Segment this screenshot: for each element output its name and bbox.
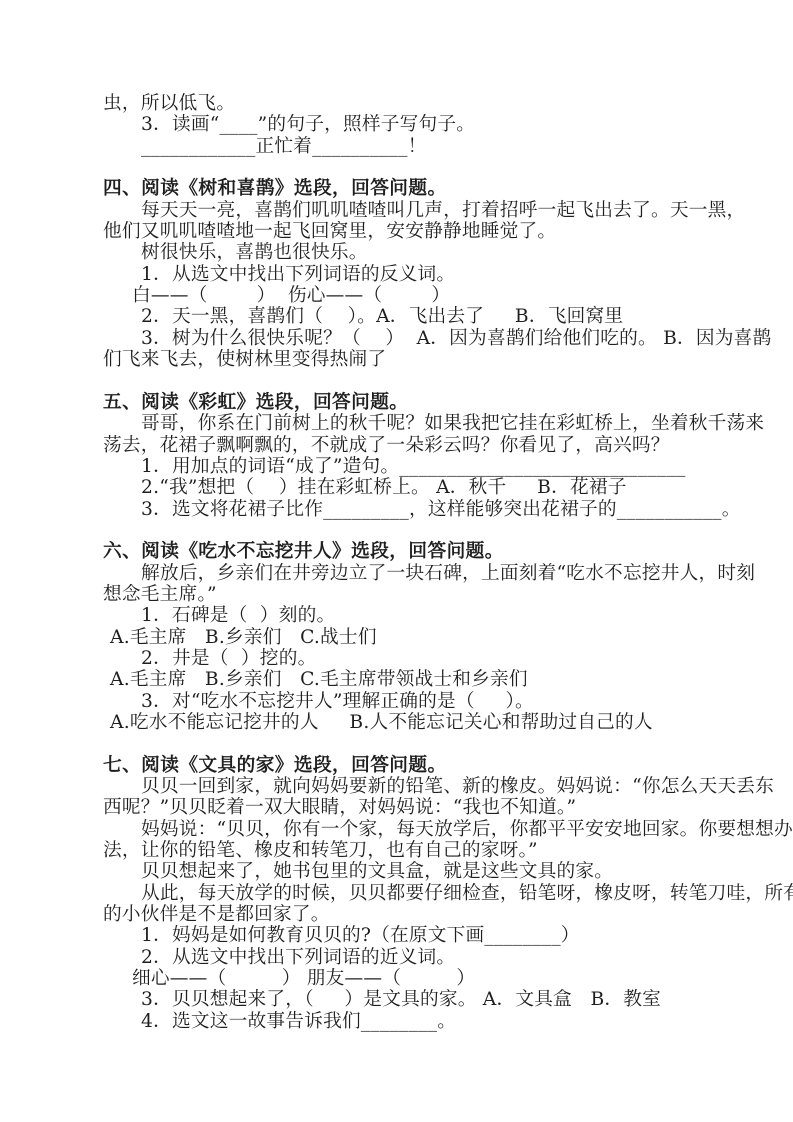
section-heading-four: 四、阅读《树和喜鹊》选段，回答问题。 bbox=[103, 178, 695, 199]
question-line: 4．选文这一故事告诉我们________。 bbox=[103, 1011, 695, 1032]
section-heading-six: 六、阅读《吃水不忘挖井人》选段，回答问题。 bbox=[103, 541, 695, 562]
question-line: 3．对“吃水不忘挖井人”理解正确的是（ ）。 bbox=[103, 691, 695, 712]
section-seven: 七、阅读《文具的家》选段，回答问题。 贝贝一回到家，就向妈妈要新的铅笔、新的橡皮… bbox=[103, 755, 695, 1032]
passage-text: 荡去，花裙子飘啊飘的，不就 bbox=[103, 435, 349, 456]
question-line: 1．从选文中找出下列词语的反义词。 bbox=[103, 264, 695, 285]
section-intro: 虫，所以低飞。 3．读画“____”的句子，照样子写句子。 __________… bbox=[103, 93, 695, 157]
choice-line: A.毛主席 B.乡亲们 C.毛主席带领战士和乡亲们 bbox=[103, 669, 695, 690]
document-page: 虫，所以低飞。 3．读画“____”的句子，照样子写句子。 __________… bbox=[0, 0, 793, 1122]
passage-line: 法，让你的铅笔、橡皮和转笔刀，也有自己的家呀。” bbox=[103, 840, 695, 861]
passage-text: 一朵彩云吗？你看见了，高兴吗？ bbox=[386, 435, 669, 456]
question-line: 1．用加点的词语“成了”造句。_________________________… bbox=[103, 456, 695, 477]
question-line: 3．读画“____”的句子，照样子写句子。 bbox=[103, 114, 695, 135]
passage-line: 的小伙伴是不是都回家了。 bbox=[103, 904, 695, 925]
passage-line: 哥哥，你系在门前树上的秋千呢？如果我把它挂在彩虹桥上，坐着秋千荡来 bbox=[103, 413, 695, 434]
passage-line: 树很快乐，喜鹊也很快乐。 bbox=[103, 242, 695, 263]
question-line: 1．石碑是（ ）刻的。 bbox=[103, 605, 695, 626]
fill-blank-line: 细心——（ ） 朋友——（ ） bbox=[103, 968, 695, 989]
question-line: 1．妈妈是如何教育贝贝的?（在原文下画________） bbox=[103, 925, 695, 946]
passage-line: 每天天一亮，喜鹊们叽叽喳喳叫几声，打着招呼一起飞出去了。天一黑， bbox=[103, 200, 695, 221]
question-line: 3．选文将花裙子比作_________，这样能够突出花裙子的__________… bbox=[103, 499, 695, 520]
passage-line: 贝贝想起来了，她书包里的文具盒，就是这些文具的家。 bbox=[103, 861, 695, 882]
section-heading-five: 五、阅读《彩虹》选段，回答问题。 bbox=[103, 392, 695, 413]
section-six: 六、阅读《吃水不忘挖井人》选段，回答问题。 解放后，乡亲们在井旁边立了一块石碑，… bbox=[103, 541, 695, 733]
choice-line: A.毛主席 B.乡亲们 C.战士们 bbox=[103, 627, 695, 648]
passage-line: 贝贝一回到家，就向妈妈要新的铅笔、新的橡皮。妈妈说：“你怎么天天丢东 bbox=[103, 776, 695, 797]
section-heading-seven: 七、阅读《文具的家》选段，回答问题。 bbox=[103, 755, 695, 776]
question-line: 2．天一黑，喜鹊们（ ）。A．飞出去了 B．飞回窝里 bbox=[103, 306, 695, 327]
fill-blank-line: ____________正忙着__________！ bbox=[103, 136, 695, 157]
passage-line: 妈妈说：“贝贝，你有一个家，每天放学后，你都平平安安地回家。你要想想办 bbox=[103, 819, 695, 840]
question-line: 3．贝贝想起来了，（ ）是文具的家。 A．文具盒 B．教室 bbox=[103, 989, 695, 1010]
fill-blank-line: 白——（ ） 伤心——（ ） bbox=[103, 285, 695, 306]
section-four: 四、阅读《树和喜鹊》选段，回答问题。 每天天一亮，喜鹊们叽叽喳喳叫几声，打着招呼… bbox=[103, 178, 695, 370]
question-line: 们飞来飞去，使树林里变得热闹了 bbox=[103, 349, 695, 370]
passage-line: 西呢？”贝贝眨着一双大眼睛，对妈妈说：“我也不知道。” bbox=[103, 797, 695, 818]
question-line: 3．树为什么很快乐呢？（ ） A．因为喜鹊们给他们吃的。 B．因为喜鹊 bbox=[103, 328, 695, 349]
question-line: 2．井是（ ）挖的。 bbox=[103, 648, 695, 669]
question-line: 2．从选文中找出下列词语的近义词。 bbox=[103, 947, 695, 968]
passage-line: 从此，每天放学的时候，贝贝都要仔细检查，铅笔呀，橡皮呀，转笔刀哇，所有 bbox=[103, 883, 695, 904]
emphasized-word: 成了 bbox=[349, 435, 387, 456]
passage-line: 他们又叽叽喳喳地一起飞回窝里，安安静静地睡觉了。 bbox=[103, 221, 695, 242]
section-five: 五、阅读《彩虹》选段，回答问题。 哥哥，你系在门前树上的秋千呢？如果我把它挂在彩… bbox=[103, 392, 695, 520]
choice-line: A.吃水不能忘记挖井的人 B.人不能忘记关心和帮助过自己的人 bbox=[103, 712, 695, 733]
passage-line: 解放后，乡亲们在井旁边立了一块石碑，上面刻着“吃水不忘挖井人，时刻 bbox=[103, 563, 695, 584]
question-line: 2.“我”想把（ ）挂在彩虹桥上。 A．秋千 B．花裙子 bbox=[103, 477, 695, 498]
text-line: 虫，所以低飞。 bbox=[103, 93, 695, 114]
passage-line: 想念毛主席。” bbox=[103, 584, 695, 605]
passage-line: 荡去，花裙子飘啊飘的，不就成了一朵彩云吗？你看见了，高兴吗？ bbox=[103, 435, 695, 456]
